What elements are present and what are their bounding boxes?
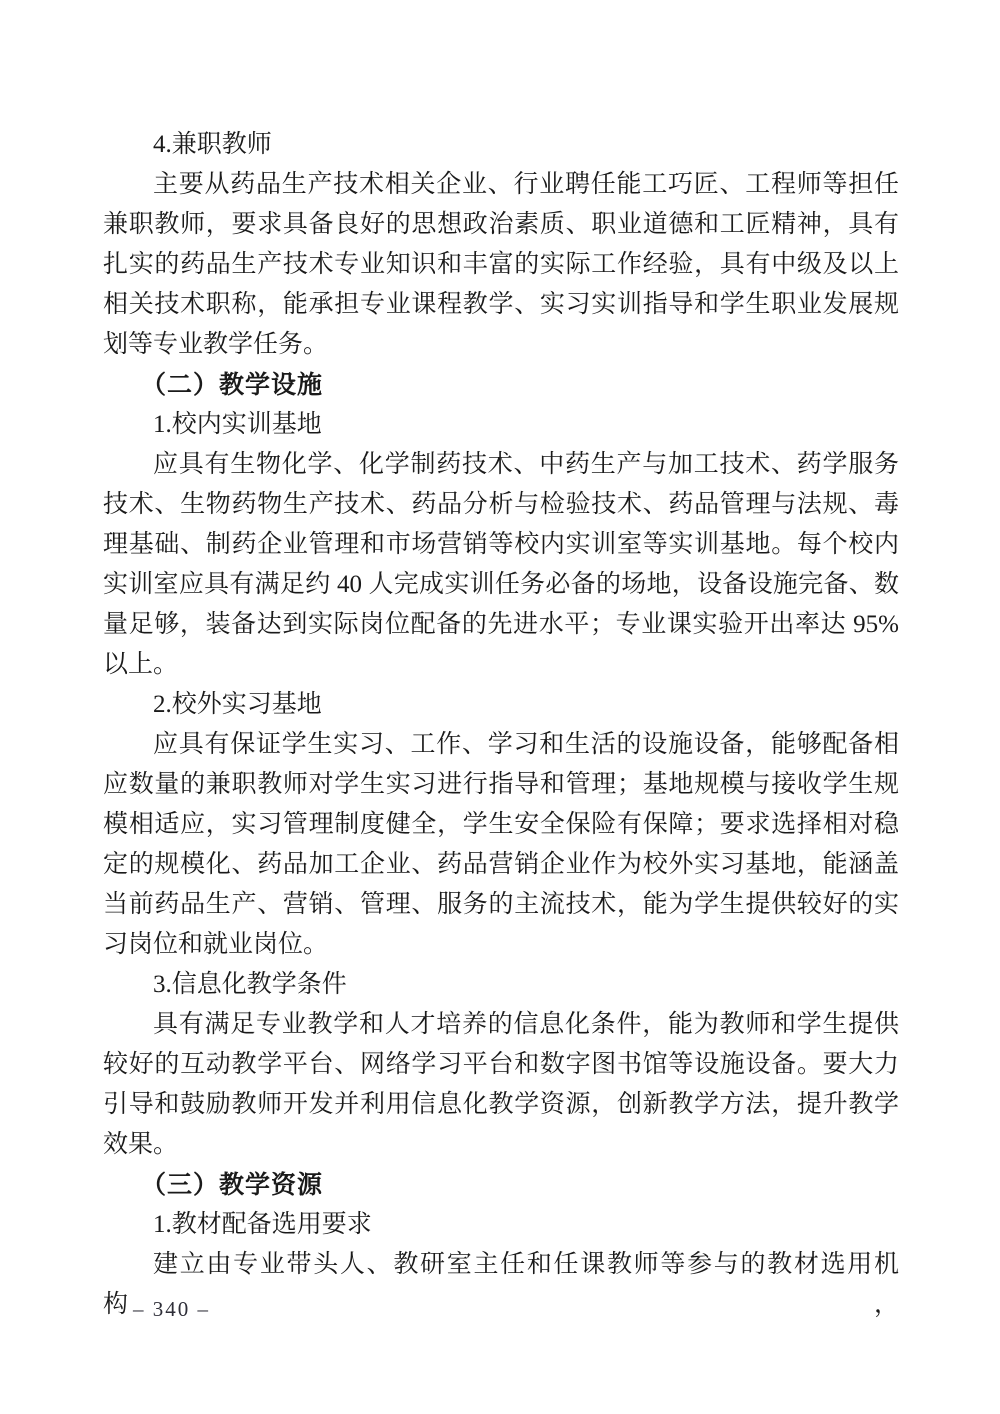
document-line: 定的规模化、药品加工企业、药品营销企业作为校外实习基地，能涵盖 xyxy=(103,845,899,885)
document-line: 2.校外实习基地 xyxy=(103,685,899,725)
section-heading: （二）教学设施 xyxy=(103,365,899,405)
document-line: 3.信息化教学条件 xyxy=(103,965,899,1005)
document-line: 相关技术职称，能承担专业课程教学、实习实训指导和学生职业发展规 xyxy=(103,285,899,325)
document-line: 理基础、制药企业管理和市场营销等校内实训室等实训基地。每个校内 xyxy=(103,525,899,565)
document-line: 习岗位和就业岗位。 xyxy=(103,925,899,965)
document-line: 4.兼职教师 xyxy=(103,125,899,165)
document-line: 兼职教师，要求具备良好的思想政治素质、职业道德和工匠精神，具有 xyxy=(103,205,899,245)
document-line: 建立由专业带头人、教研室主任和任课教师等参与的教材选用机构， xyxy=(103,1245,899,1285)
document-line: 应具有生物化学、化学制药技术、中药生产与加工技术、药学服务 xyxy=(103,445,899,485)
document-line: 1.校内实训基地 xyxy=(103,405,899,445)
document-line: 量足够，装备达到实际岗位配备的先进水平；专业课实验开出率达 95% xyxy=(103,605,899,645)
document-line: 划等专业教学任务。 xyxy=(103,325,899,365)
document-line: 实训室应具有满足约 40 人完成实训任务必备的场地，设备设施完备、数 xyxy=(103,565,899,605)
page-number: – 340 – xyxy=(133,1297,210,1322)
document-line: 以上。 xyxy=(103,645,899,685)
document-line: 扎实的药品生产技术专业知识和丰富的实际工作经验，具有中级及以上 xyxy=(103,245,899,285)
document-line: 当前药品生产、营销、管理、服务的主流技术，能为学生提供较好的实 xyxy=(103,885,899,925)
document-page: 4.兼职教师主要从药品生产技术相关企业、行业聘任能工巧匠、工程师等担任兼职教师，… xyxy=(0,0,1000,1414)
document-line: 引导和鼓励教师开发并利用信息化教学资源，创新教学方法，提升教学 xyxy=(103,1085,899,1125)
document-line: 较好的互动教学平台、网络学习平台和数字图书馆等设施设备。要大力 xyxy=(103,1045,899,1085)
document-line: 效果。 xyxy=(103,1125,899,1165)
document-line: 具有满足专业教学和人才培养的信息化条件，能为教师和学生提供 xyxy=(103,1005,899,1045)
section-heading: （三）教学资源 xyxy=(103,1165,899,1205)
document-line: 1.教材配备选用要求 xyxy=(103,1205,899,1245)
text-block: 4.兼职教师主要从药品生产技术相关企业、行业聘任能工巧匠、工程师等担任兼职教师，… xyxy=(103,125,899,1285)
document-line: 模相适应，实习管理制度健全，学生安全保险有保障；要求选择相对稳 xyxy=(103,805,899,845)
document-line: 应具有保证学生实习、工作、学习和生活的设施设备，能够配备相 xyxy=(103,725,899,765)
document-line: 技术、生物药物生产技术、药品分析与检验技术、药品管理与法规、毒 xyxy=(103,485,899,525)
document-line: 应数量的兼职教师对学生实习进行指导和管理；基地规模与接收学生规 xyxy=(103,765,899,805)
document-line: 主要从药品生产技术相关企业、行业聘任能工巧匠、工程师等担任 xyxy=(103,165,899,205)
